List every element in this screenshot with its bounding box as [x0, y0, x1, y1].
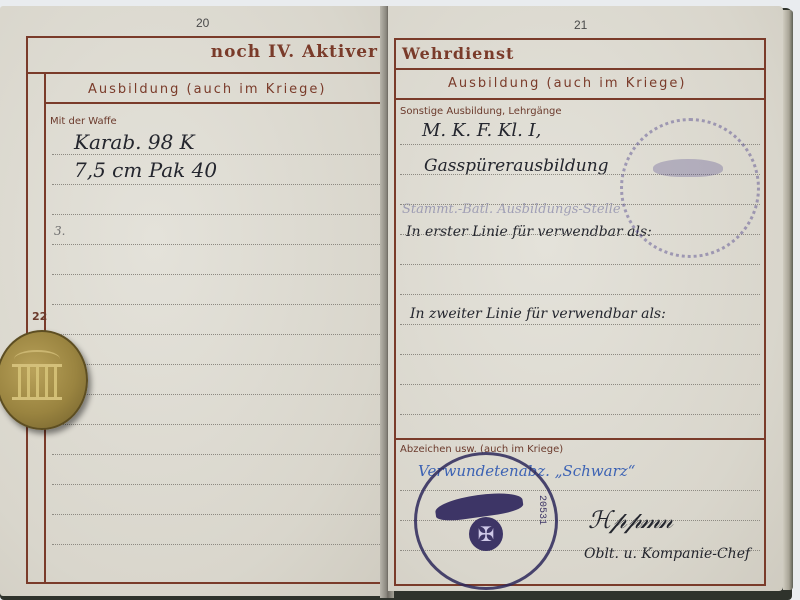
- subheader-divider: [44, 102, 386, 104]
- wreath-icon: ✠: [469, 517, 503, 551]
- inner-margin-rule: [44, 72, 46, 584]
- subheader-left: Ausbildung (auch im Kriege): [88, 82, 327, 97]
- page-edges: [783, 10, 793, 590]
- dotted-line: [52, 364, 382, 365]
- page-number-left: 20: [196, 16, 209, 30]
- dotted-line: [52, 454, 382, 455]
- subheader-divider: [394, 98, 766, 100]
- dotted-line: [400, 384, 760, 385]
- field-label-other-training: Sonstige Ausbildung, Lehrgänge: [400, 106, 562, 117]
- entry-three: 3.: [54, 224, 65, 238]
- entry-first-line: In erster Linie für verwendbar als:: [406, 224, 652, 240]
- faded-eagle-stamp: [620, 118, 760, 258]
- entry-karabiner: Karab. 98 K: [74, 130, 195, 154]
- dotted-line: [52, 214, 382, 215]
- signature-scrawl: ℋ𝓅𝓅𝓂𝓃: [588, 506, 671, 534]
- subheader-right: Ausbildung (auch im Kriege): [448, 76, 687, 91]
- margin-number: 22: [32, 310, 47, 323]
- page-number-right: 21: [574, 18, 587, 32]
- entry-pak40: 7,5 cm Pak 40: [74, 158, 217, 182]
- stamp-number: 20531: [536, 495, 547, 525]
- entry-mkf: M. K. F. Kl. I,: [422, 120, 541, 141]
- dotted-line: [52, 304, 382, 305]
- brandenburg-gate-icon: [12, 364, 62, 400]
- dotted-line: [52, 274, 382, 275]
- field-label-weapon: Mit der Waffe: [50, 116, 117, 127]
- dotted-line: [52, 184, 382, 185]
- dotted-line: [400, 264, 760, 265]
- feldpost-stamp: ✠ 20531: [414, 452, 558, 590]
- dotted-line: [52, 544, 382, 545]
- dotted-line: [52, 394, 382, 395]
- dotted-line: [400, 294, 760, 295]
- badges-divider: [394, 438, 766, 440]
- dotted-line: [52, 244, 382, 245]
- euro-coin: [0, 330, 88, 430]
- dotted-line: [52, 334, 382, 335]
- eagle-icon: [653, 159, 723, 177]
- right-page: 21 Wehrdienst Ausbildung (auch im Kriege…: [388, 6, 783, 591]
- dotted-line: [52, 514, 382, 515]
- header-divider: [394, 68, 766, 70]
- dotted-line: [400, 354, 760, 355]
- section-header-right: Wehrdienst: [402, 44, 514, 63]
- section-header-left: noch IV. Aktiver: [211, 42, 378, 62]
- signature-line: Oblt. u. Kompanie-Chef: [584, 546, 750, 562]
- dotted-line: [400, 414, 760, 415]
- dotted-line: [52, 484, 382, 485]
- dotted-line: [52, 424, 382, 425]
- entry-second-line: In zweiter Linie für verwendbar als:: [410, 306, 666, 322]
- dotted-line: [400, 324, 760, 325]
- dotted-line: [52, 154, 382, 155]
- left-page: 20 noch IV. Aktiver Ausbildung (auch im …: [0, 6, 386, 596]
- entry-gas-training: Gasspürerausbildung: [424, 156, 609, 176]
- header-divider: [26, 72, 386, 74]
